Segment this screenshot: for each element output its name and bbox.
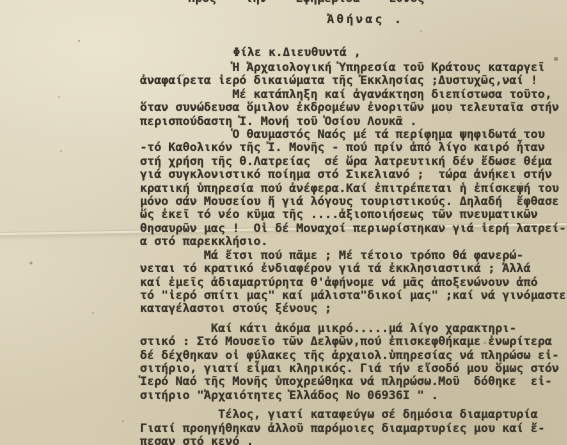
letter-line: ὥς ἐκεῖ τό νέο κῦμα τῆς ....ἀξιοποιήσεως… — [140, 208, 567, 221]
letter-paragraph: Τέλος, γιατί καταφεύγω σέ δημόσια διαμαρ… — [140, 408, 567, 445]
letter-paragraph: Μέ κατάπληξη καί ἀγανάκτηση διεπίστωσα τ… — [140, 88, 567, 128]
letter-line: ἀναφαίρετα ἱερό δικαιώματα τῆς Ἐκκλησίας… — [140, 74, 567, 87]
salutation-line: Φίλε κ.Διευθυντά , — [233, 46, 361, 59]
recipient-line: Πρός τήν Ἐφημερίδα Ἔθνος — [188, 0, 424, 5]
letter-line: Τέλος, γιατί καταφεύγω σέ δημόσια διαμαρ… — [140, 408, 567, 421]
letter-line: ὅταν συνώδευσα ὅμιλον ἐκδρομέων ἐνοριτῶν… — [140, 101, 567, 114]
letter-line: πεσαν στό κενό . — [140, 435, 567, 445]
letter-line: καί ἐμεῖς ἀδιαμαρτύρητα θ'ἀφήνομε νά μᾶς… — [140, 276, 567, 289]
letter-line: νεται τό κρατικό ἐνδιαφέρον γιά τά ἐκκλη… — [140, 262, 567, 275]
letter-line: καταγέλαστοι στούς ξένους ; — [140, 302, 567, 315]
letter-body: Ἡ Ἀρχαιολογική Ὑπηρεσία τοῦ Κράτους κατα… — [140, 61, 567, 445]
letter-line: δέ δέχθηκαν οἱ φύλακες τῆς ἀρχαιολ.ὑπηρε… — [140, 349, 567, 362]
letter-line: -τό Καθολικόν τῆς Ἰ. Μονῆς - πού πρίν ἀπ… — [140, 141, 567, 154]
letter-line: Ἱερό Ναό τῆς Μονῆς ὑποχρεώθηκα νά πληρώσ… — [140, 375, 567, 388]
city-line: Ἀθήνας . — [327, 13, 404, 26]
paper-specks — [0, 0, 2, 2]
letter-line: α στό παρεκκλήσιο. — [140, 235, 567, 248]
letter-paragraph: Μά ἔτσι πού πᾶμε ; Μέ τέτοιο τρόπο θά φα… — [140, 249, 567, 316]
letter-paragraph: Ἡ Ἀρχαιολογική Ὑπηρεσία τοῦ Κράτους κατα… — [140, 61, 567, 88]
letter-line: σιτήριο "Ἀρχαιότητες Ἑλλάδος Νο 06936Ι "… — [140, 389, 567, 402]
letter-line: γιά συγκλονιστικό ποίημα στό Σικελιανό ;… — [140, 168, 567, 181]
letter-line: Γιατί προηγήθηκαν ἀλλοῦ παρόμοιες διαμαρ… — [140, 422, 567, 435]
letter-sheet: Πρός τήν Ἐφημερίδα Ἔθνος Ἀθήνας . Φίλε κ… — [0, 0, 567, 445]
letter-paragraph: Ὁ θαυμαστός Ναός μέ τά περίφημα ψηφιδωτά… — [140, 128, 567, 249]
letter-paragraph: Καί κάτι ἀκόμα μικρό.....μά λίγο χαρακτη… — [140, 322, 567, 402]
letter-line: στικό : Στό Μουσεῖο τῶν Δελφῶν,πού ἐπισκ… — [140, 335, 567, 348]
